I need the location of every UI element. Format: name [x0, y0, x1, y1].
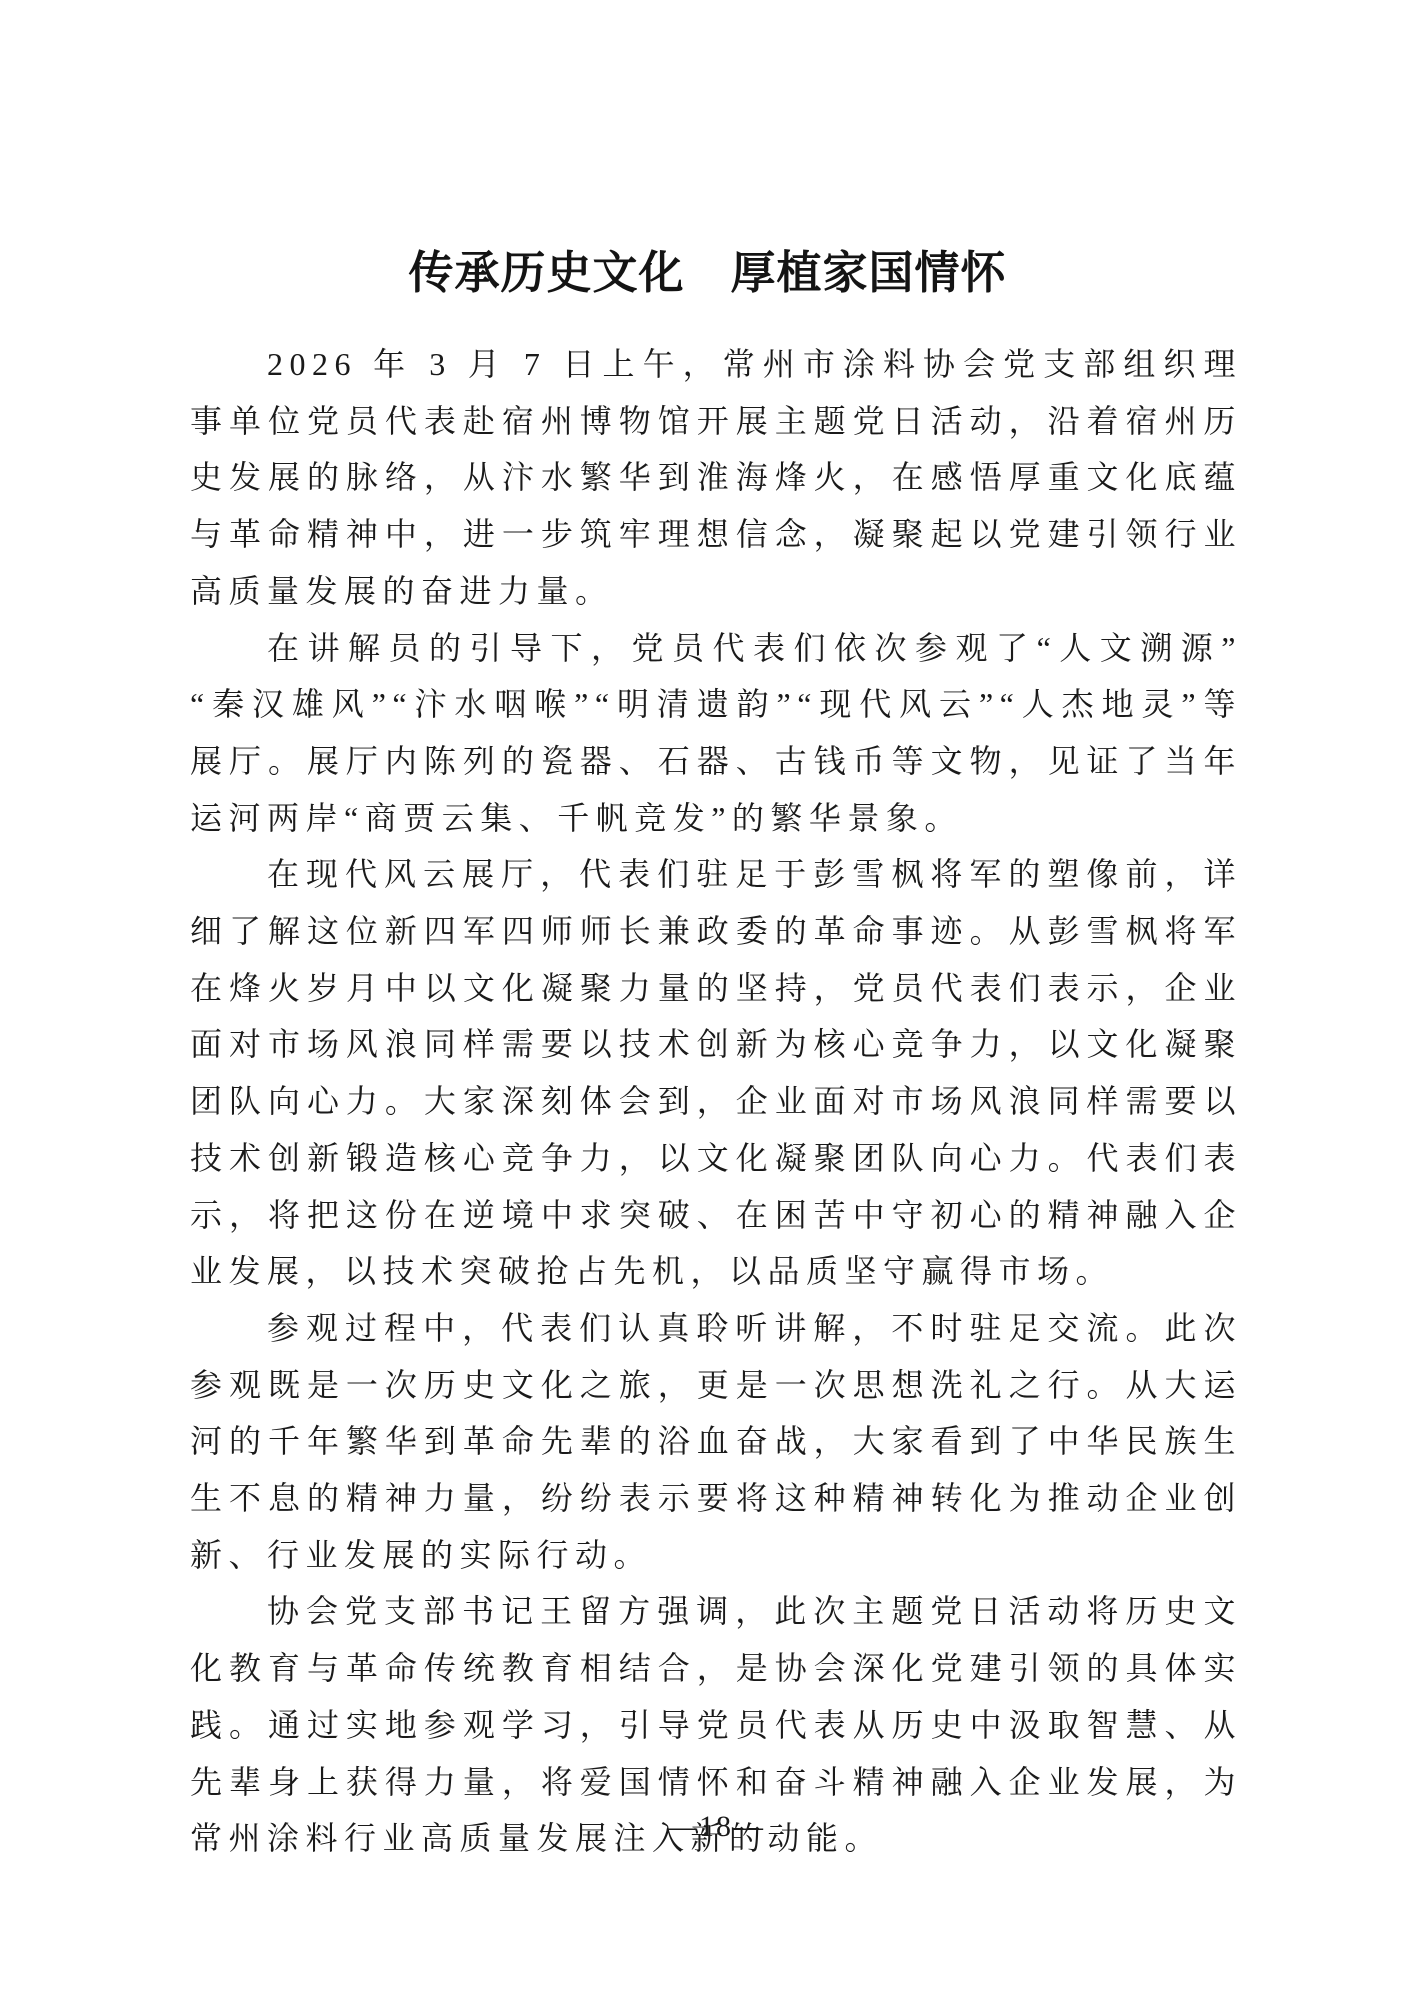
- document-page: 传承历史文化 厚植家国情怀 2026 年 3 月 7 日上午，常州市涂料协会党支…: [0, 0, 1415, 2000]
- document-body: 2026 年 3 月 7 日上午，常州市涂料协会党支部组织理事单位党员代表赴宿州…: [190, 336, 1242, 1867]
- page-title: 传承历史文化 厚植家国情怀: [0, 243, 1415, 303]
- body-paragraph: 2026 年 3 月 7 日上午，常州市涂料协会党支部组织理事单位党员代表赴宿州…: [190, 336, 1242, 620]
- body-paragraph: 参观过程中，代表们认真聆听讲解，不时驻足交流。此次参观既是一次历史文化之旅，更是…: [190, 1300, 1242, 1584]
- body-paragraph: 在现代风云展厅，代表们驻足于彭雪枫将军的塑像前，详细了解这位新四军四师师长兼政委…: [190, 846, 1242, 1300]
- body-paragraph: 在讲解员的引导下，党员代表们依次参观了“人文溯源”“秦汉雄风”“汴水咽喉”“明清…: [190, 620, 1242, 847]
- page-number: —18—: [190, 1810, 1242, 1844]
